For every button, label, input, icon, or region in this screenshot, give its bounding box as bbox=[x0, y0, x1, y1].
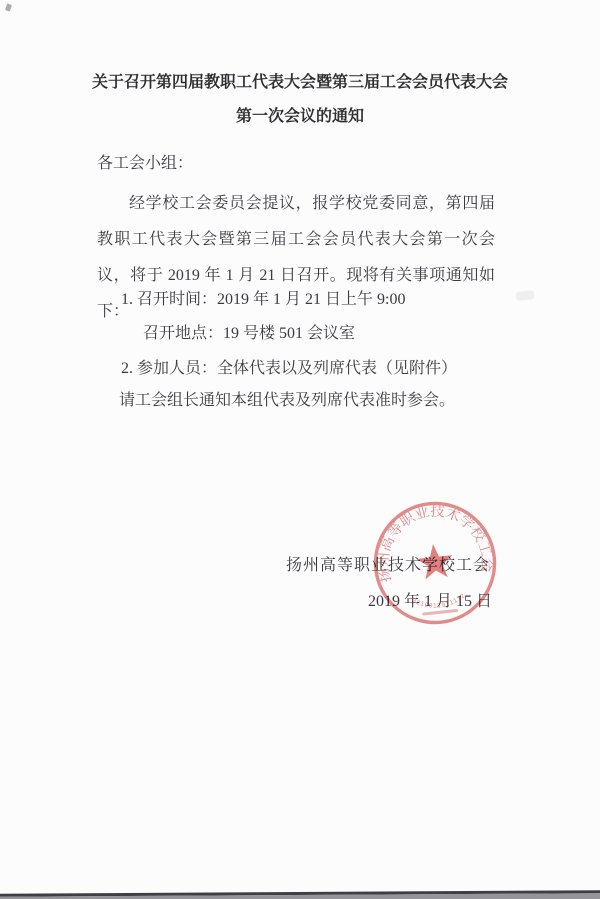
list-item-participants: 2. 参加人员：全体代表以及列席代表（见附件） bbox=[121, 358, 457, 380]
document-title-line-1: 关于召开第四届教职工代表大会暨第三届工会会员代表大会 bbox=[0, 66, 600, 100]
document-title-line-2: 第一次会议的通知 bbox=[0, 100, 600, 134]
list-item-meeting-time: 1. 召开时间：2019 年 1 月 21 日上午 9:00 bbox=[121, 289, 405, 311]
notice-document: 关于召开第四届教职工代表大会暨第三届工会会员代表大会 第一次会议的通知 各工会小… bbox=[0, 0, 600, 899]
signature-org-name: 扬州高等职业技术学校工会 bbox=[286, 552, 490, 575]
closing-request-line: 请工会组长通知本组代表及列席代表准时参会。 bbox=[119, 390, 455, 412]
salutation: 各工会小组： bbox=[97, 153, 193, 175]
scan-artifact-smudge bbox=[516, 290, 535, 301]
list-item-meeting-place: 召开地点：19 号楼 501 会议室 bbox=[143, 323, 355, 345]
document-title: 关于召开第四届教职工代表大会暨第三届工会会员代表大会 第一次会议的通知 bbox=[0, 66, 600, 134]
scan-artifact-speck bbox=[5, 3, 12, 11]
signature-date: 2019 年 1 月 15 日 bbox=[368, 588, 492, 611]
